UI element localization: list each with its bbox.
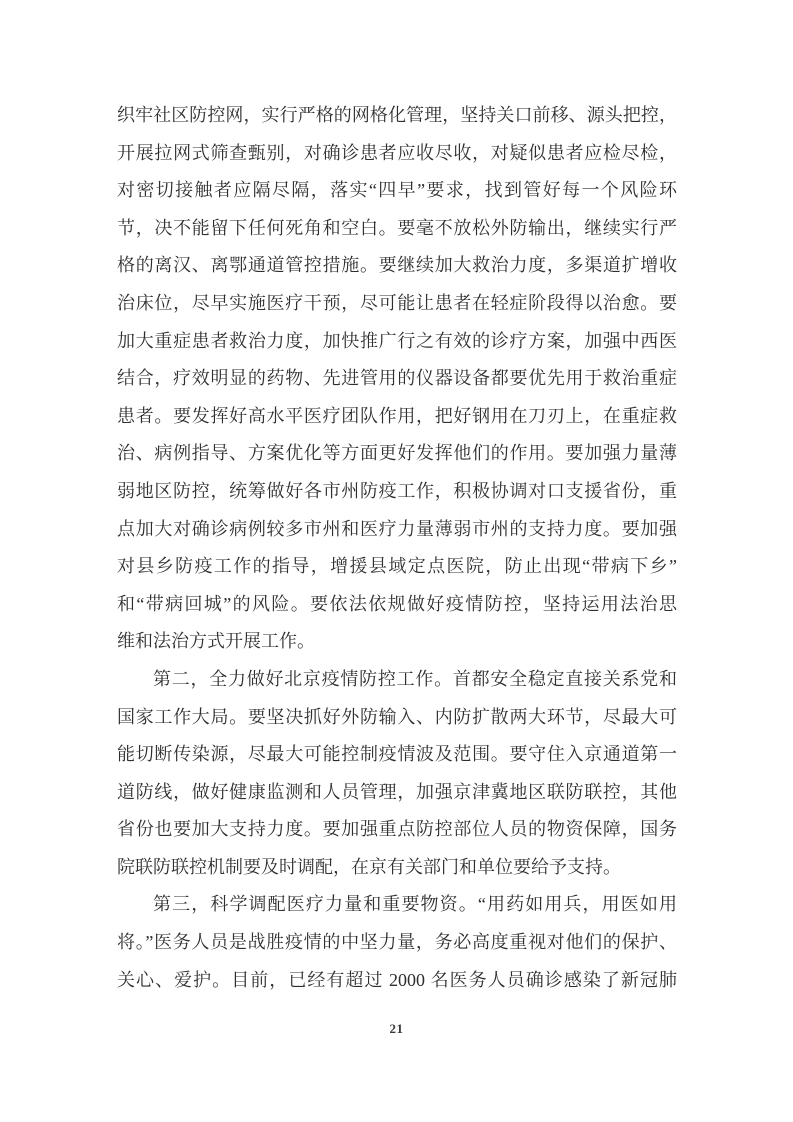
text-line: 将。”医务人员是战胜疫情的中坚力量，务必高度重视对他们的保护、 bbox=[117, 924, 677, 962]
document-page: 织牢社区防控网，实行严格的网格化管理，坚持关口前移、源头把控，开展拉网式筛查甄别… bbox=[0, 0, 793, 1122]
text-line: 能切断传染源，尽最大可能控制疫情波及范围。要守住入京通道第一 bbox=[117, 736, 677, 774]
text-line: 点加大对确诊病例较多市州和医疗力量薄弱市州的支持力度。要加强 bbox=[117, 511, 677, 549]
text-line: 治、病例指导、方案优化等方面更好发挥他们的作用。要加强力量薄 bbox=[117, 435, 677, 473]
text-line: 弱地区防控，统筹做好各市州防疫工作，积极协调对口支援省份，重 bbox=[117, 473, 677, 511]
text-line: 和“带病回城”的风险。要依法依规做好疫情防控，坚持运用法治思 bbox=[117, 586, 677, 624]
text-line: 加大重症患者救治力度，加快推广行之有效的诊疗方案，加强中西医 bbox=[117, 323, 677, 361]
text-line: 对密切接触者应隔尽隔，落实“四早”要求，找到管好每一个风险环 bbox=[117, 172, 677, 210]
text-line: 节，决不能留下任何死角和空白。要毫不放松外防输出，继续实行严 bbox=[117, 210, 677, 248]
text-line: 治床位，尽早实施医疗干预，尽可能让患者在轻症阶段得以治愈。要 bbox=[117, 285, 677, 323]
text-line: 国家工作大局。要坚决抓好外防输入、内防扩散两大环节，尽最大可 bbox=[117, 699, 677, 737]
page-number: 21 bbox=[0, 1021, 793, 1037]
text-line: 开展拉网式筛查甄别，对确诊患者应收尽收，对疑似患者应检尽检， bbox=[117, 135, 677, 173]
text-line: 第三，科学调配医疗力量和重要物资。“用药如用兵，用医如用 bbox=[117, 886, 677, 924]
text-line: 第二，全力做好北京疫情防控工作。首都安全稳定直接关系党和 bbox=[117, 661, 677, 699]
text-line: 格的离汉、离鄂通道管控措施。要继续加大救治力度，多渠道扩增收 bbox=[117, 247, 677, 285]
text-line: 对县乡防疫工作的指导，增援县域定点医院，防止出现“带病下乡” bbox=[117, 548, 677, 586]
text-line: 省份也要加大支持力度。要加强重点防控部位人员的物资保障，国务 bbox=[117, 811, 677, 849]
document-body: 织牢社区防控网，实行严格的网格化管理，坚持关口前移、源头把控，开展拉网式筛查甄别… bbox=[117, 97, 677, 999]
text-line: 关心、爱护。目前，已经有超过 2000 名医务人员确诊感染了新冠肺 bbox=[117, 962, 677, 1000]
text-line: 结合，疗效明显的药物、先进管用的仪器设备都要优先用于救治重症 bbox=[117, 360, 677, 398]
text-line: 道防线，做好健康监测和人员管理，加强京津冀地区联防联控，其他 bbox=[117, 774, 677, 812]
text-line: 织牢社区防控网，实行严格的网格化管理，坚持关口前移、源头把控， bbox=[117, 97, 677, 135]
text-line: 维和法治方式开展工作。 bbox=[117, 623, 677, 661]
text-line: 患者。要发挥好高水平医疗团队作用，把好钢用在刀刃上，在重症救 bbox=[117, 398, 677, 436]
text-line: 院联防联控机制要及时调配，在京有关部门和单位要给予支持。 bbox=[117, 849, 677, 887]
